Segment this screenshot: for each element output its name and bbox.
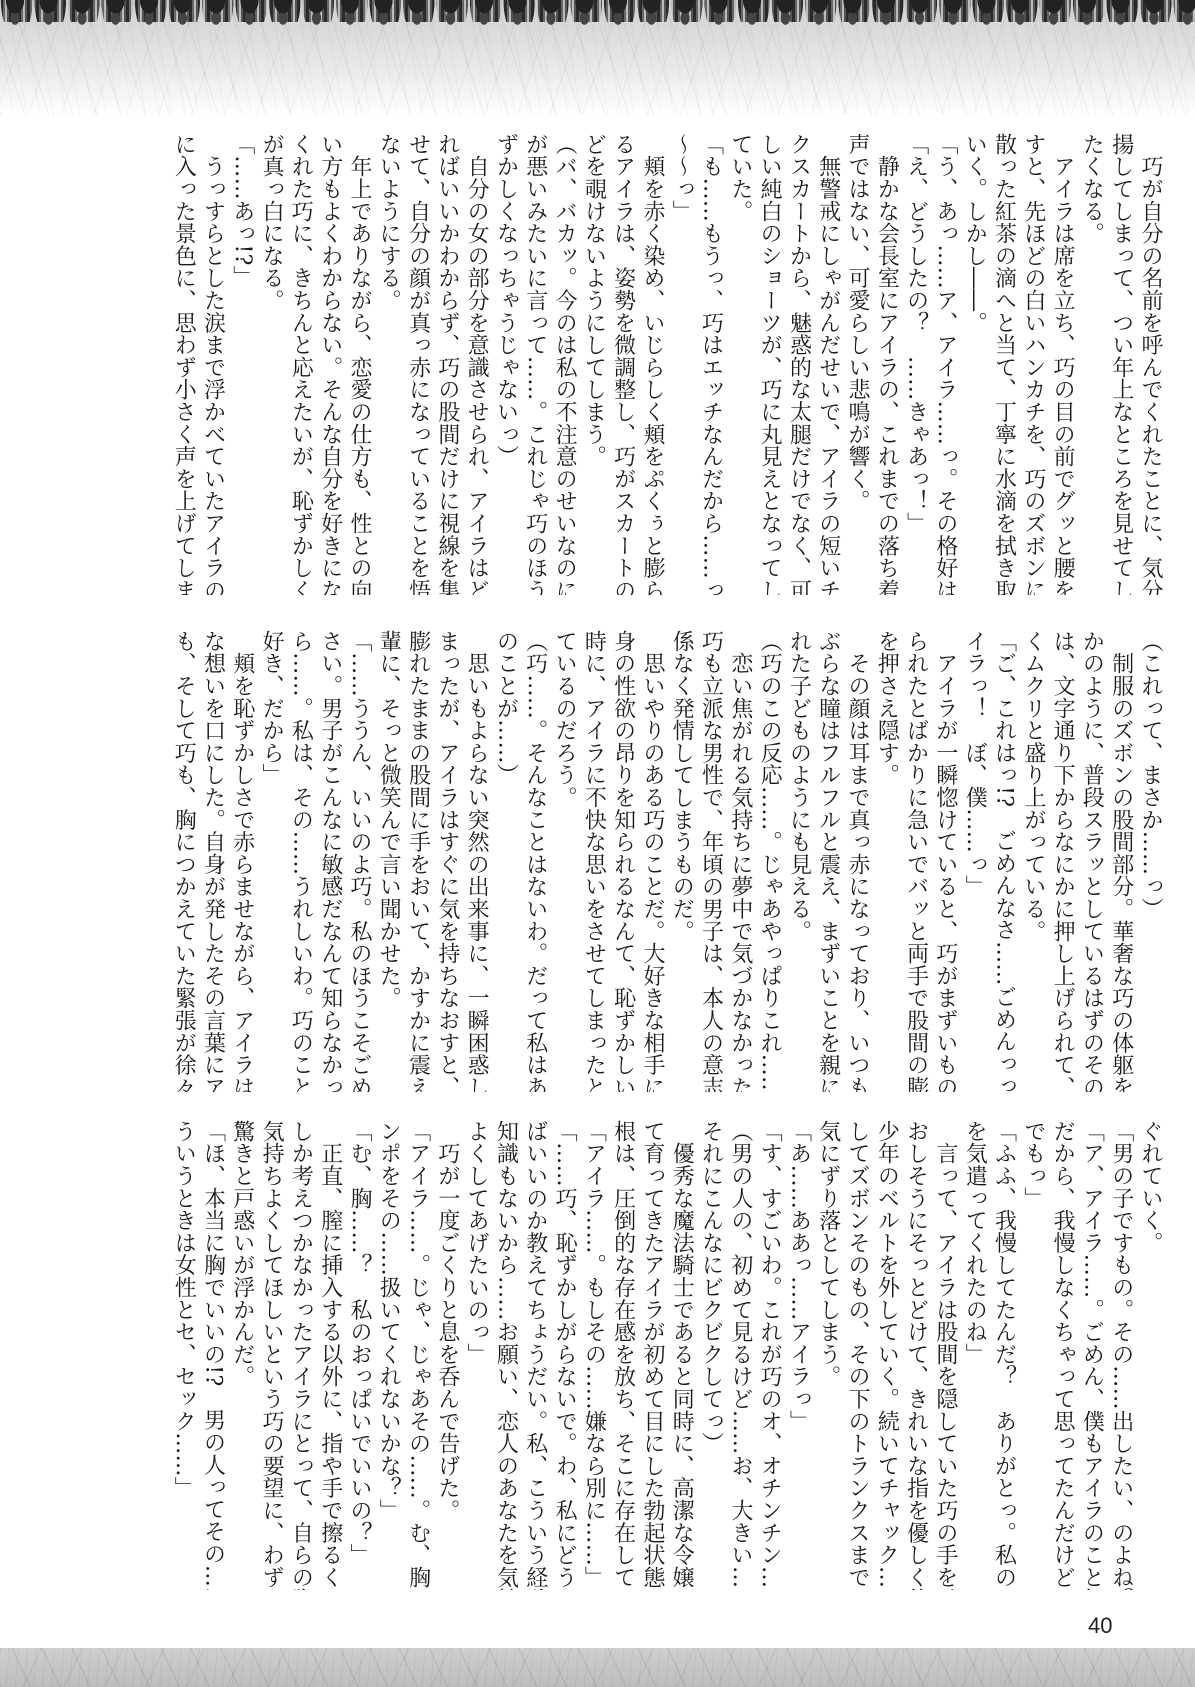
text-line: だから、我慢しなくちゃって思ってたんだけど…… bbox=[1048, 1120, 1077, 1590]
text-line: ていた。 bbox=[726, 133, 755, 595]
text-line: 無警戒にしゃがんだせいで、アイラの短いチェッ bbox=[813, 133, 842, 595]
text-line: 「ア、アイラ……。ごめん、僕もアイラのこと好き bbox=[1077, 1120, 1106, 1590]
text-line: アイラは席を立ち、巧の目の前でグッと腰を下ろ bbox=[1048, 133, 1077, 595]
text-line: のことが……） bbox=[491, 630, 520, 1092]
text-line: て育ってきたアイラが初めて目にした勃起状態の男 bbox=[638, 1120, 667, 1590]
text-line: くれた巧に、きちんと応えたいが、恥ずかしくて頭 bbox=[286, 133, 315, 595]
text-line: 恋い焦がれる気持ちに夢中で気づかなかったが、 bbox=[726, 630, 755, 1092]
text-line: 「え、どうしたの？ ……きゃあっ！」 bbox=[901, 133, 930, 595]
text-line: が悪いみたいに言って……。これじゃ巧のほうが恥 bbox=[520, 133, 549, 595]
text-line: 係なく発情してしまうものだ。 bbox=[667, 630, 696, 1092]
text-line: （男の人の、初めて見るけど……お、大きい……。 bbox=[726, 1120, 755, 1590]
text-line: が真っ白になる。 bbox=[257, 133, 286, 595]
text-line: 「アイラ……。じゃ、じゃあその……。む、胸でチ bbox=[403, 1120, 432, 1590]
text-line: まったが、アイラはすぐに気を持ちなおすと、未だ bbox=[433, 630, 462, 1092]
text-line: 思いもよらない突然の出来事に、一瞬困惑してし bbox=[462, 630, 491, 1092]
text-line: どを覗けないようにしてしまう。 bbox=[579, 133, 608, 595]
text-line: 気持ちよくしてほしいという巧の要望に、わずかな bbox=[257, 1120, 286, 1590]
text-line: ばいいのか教えてちょうだい。私、こういう経験も bbox=[520, 1120, 549, 1590]
text-line: も、そして巧も、胸につかえていた緊張が徐々にほ bbox=[169, 630, 198, 1092]
text-line: 「ご、これはっ!? ごめんなさ……ごめんっっ、ア bbox=[989, 630, 1018, 1092]
text-line: 「……巧、恥ずかしがらないで。わ、私にどうすれ bbox=[550, 1120, 579, 1590]
text-line: くムクリと盛り上がっている。 bbox=[1019, 630, 1048, 1092]
text-line: 時に、アイラに不快な思いをさせてしまったと感じ bbox=[579, 630, 608, 1092]
text-line: すと、先ほどの白いハンカチを、巧のズボンに飛び bbox=[1019, 133, 1048, 595]
text-line: 好き、だから」 bbox=[257, 630, 286, 1092]
text-line: しか考えつかなかったアイラにとって、自らの胸で bbox=[286, 1120, 315, 1590]
text-line: 「……ううん、いいのよ巧。私のほうこそごめんな bbox=[345, 630, 374, 1092]
text-line: してズボンそのもの、その下のトランクスまでも一 bbox=[843, 1120, 872, 1590]
text-line: 知識もないから……お願い、恋人のあなたを気持ち bbox=[491, 1120, 520, 1590]
text-line: よくしてあげたいのっ」 bbox=[462, 1120, 491, 1590]
text-line: 気にずり落としてしまう。 bbox=[813, 1120, 842, 1590]
text-line: ているのだろう。 bbox=[550, 630, 579, 1092]
text-line: 静かな会長室にアイラの、これまでの落ち着いた bbox=[872, 133, 901, 595]
text-line: 巧が自分の名前を呼んでくれたことに、気分が高 bbox=[1136, 133, 1165, 595]
text-line: 「す、すごいわ。これが巧のオ、オチンチン……」 bbox=[755, 1120, 784, 1590]
text-block-1: 巧が自分の名前を呼んでくれたことに、気分が高揚してしまって、つい年上なところを見… bbox=[145, 133, 1165, 595]
text-line: でもっ」 bbox=[1019, 1120, 1048, 1590]
text-line: れた子どものようにも見える。 bbox=[784, 630, 813, 1092]
text-line: （バ、バカッ。今のは私の不注意のせいなのに、巧 bbox=[550, 133, 579, 595]
text-line: かのように、普段スラッとしているはずのその部分 bbox=[1077, 630, 1106, 1092]
text-line: （巧のこの反応……。じゃあやっぱりこれ……） bbox=[755, 630, 784, 1092]
text-line: ないようにする。 bbox=[374, 133, 403, 595]
text-line: 年上でありながら、恋愛の仕方も、性との向き合 bbox=[345, 133, 374, 595]
text-line: （巧……。そんなことはないわ。だって私はあなた bbox=[520, 630, 549, 1092]
text-line: 頬を赤く染め、いじらしく頬をぷくぅと膨らませ bbox=[638, 133, 667, 595]
text-line: 「ほ、本当に胸でいいの!? 男の人ってその……こ bbox=[198, 1120, 227, 1590]
text-line: 正直、膣に挿入する以外に、指や手で擦るくらい bbox=[315, 1120, 344, 1590]
text-line: ればいいかわからず、巧の股間だけに視線を集中さ bbox=[433, 133, 462, 595]
text-line: 「……あっ!?」 bbox=[228, 133, 257, 595]
text-line: 輩に、そっと微笑んで言い聞かせた。 bbox=[374, 630, 403, 1092]
text-line: 自分の女の部分を意識させられ、アイラはどうす bbox=[462, 133, 491, 595]
text-line: しい純白のショーツが、巧に丸見えとなってしまっ bbox=[755, 133, 784, 595]
text-line: を気遣ってくれたのね」 bbox=[960, 1120, 989, 1590]
text-line: うっすらとした涙まで浮かべていたアイラの視界 bbox=[198, 133, 227, 595]
text-line: るアイラは、姿勢を微調整し、巧がスカートの中な bbox=[608, 133, 637, 595]
page-number: 40 bbox=[1088, 1613, 1112, 1639]
text-line: アイラが一瞬惚けていると、巧がまずいものを見 bbox=[931, 630, 960, 1092]
text-line: 声ではない、可愛らしい悲鳴が響く。 bbox=[843, 133, 872, 595]
text-line: （これって、まさか……っ） bbox=[1136, 630, 1165, 1092]
text-line: 揚してしまって、つい年上なところを見せてしまい bbox=[1106, 133, 1135, 595]
text-line: イラっ！ ぼ、僕……っ」 bbox=[960, 630, 989, 1092]
text-line: 「あ……ああっ……アイラっ」 bbox=[784, 1120, 813, 1590]
text-line: 散った紅茶の滴へと当て、丁寧に水滴を拭き取って bbox=[989, 133, 1018, 595]
text-line: それにこんなにビクビクしてっ） bbox=[696, 1120, 725, 1590]
text-line: 「アイラ……。もしその……嫌なら別に……」 bbox=[579, 1120, 608, 1590]
text-line: 思いやりのある巧のことだ。大好きな相手に、自 bbox=[638, 630, 667, 1092]
text-line: 「ふふ、我慢してたんだ？ ありがとっ。私のこと bbox=[989, 1120, 1018, 1590]
text-line: 巧も立派な男性で、年頃の男子は、本人の意志に関 bbox=[696, 630, 725, 1092]
text-line: られたとばかりに急いでバッと両手で股間の膨らみ bbox=[901, 630, 930, 1092]
text-line: 「も……もうっ、巧はエッチなんだから……っ。～ bbox=[696, 133, 725, 595]
text-line: 「う、あっ……ア、アイラ……っ。その格好は……」 bbox=[931, 133, 960, 595]
text-line: さい。男子がこんなに敏感だなんて知らなかったか bbox=[315, 630, 344, 1092]
text-line: 言って、アイラは股間を隠していた巧の手を、愛 bbox=[931, 1120, 960, 1590]
text-line: い方もよくわからない。そんな自分を好きになって bbox=[315, 133, 344, 595]
text-line: せて、自分の顔が真っ赤になっていることを悟られ bbox=[403, 133, 432, 595]
text-line: ら……。私は、その……うれしいわ。巧のこと…… bbox=[286, 630, 315, 1092]
text-line: たくなる。 bbox=[1077, 133, 1106, 595]
text-line: ぐれていく。 bbox=[1136, 1120, 1165, 1590]
text-line: な想いを口にした。自身が発したその言葉にアイラ bbox=[198, 630, 227, 1092]
text-line: その顔は耳まで真っ赤になっており、いつもはつ bbox=[843, 630, 872, 1092]
text-line: いく。しかし――。 bbox=[960, 133, 989, 595]
text-line: 膨れたままの股間に手をおいて、かすかに震える後 bbox=[403, 630, 432, 1092]
text-line: 巧が一度ごくりと息を呑んで告げた。 bbox=[433, 1120, 462, 1590]
text-line: 根は、圧倒的な存在感を放ち、そこに存在していた。 bbox=[608, 1120, 637, 1590]
text-block-3: ぐれていく。「男の子ですもの。その……出したい、のよね？」「ア、アイラ……。ごめ… bbox=[145, 1120, 1165, 1590]
text-line: ンポをその……扱いてくれないかな？」 bbox=[374, 1120, 403, 1590]
text-line: ずかしくなっちゃうじゃないっ） bbox=[491, 133, 520, 595]
text-line: 「む、胸……？ 私のおっぱいでいいの？」 bbox=[345, 1120, 374, 1590]
text-line: ういうときは女性とセ、セック……」 bbox=[169, 1120, 198, 1590]
text-line: 優秀な魔法騎士であると同時に、高潔な令嬢とし bbox=[667, 1120, 696, 1590]
lace-border bbox=[0, 0, 1195, 40]
text-line: は、文字通り下からなにかに押し上げられて、大き bbox=[1048, 630, 1077, 1092]
text-line: ぶらな瞳はフルフルと震え、まずいことを親に見ら bbox=[813, 630, 842, 1092]
text-line: に入った景色に、思わず小さく声を上げてしまう。 bbox=[169, 133, 198, 595]
footer-texture bbox=[0, 1648, 1195, 1687]
text-line: クスカートから、魅惑的な太腿だけでなく、可愛ら bbox=[784, 133, 813, 595]
text-line: 制服のズボンの股間部分。華奢な巧の体躯を現す bbox=[1106, 630, 1135, 1092]
text-line: 少年のベルトを外していく。続いてチャック……そ bbox=[872, 1120, 901, 1590]
text-line: おしそうにそっとどけて、きれいな指を優しく使い、 bbox=[901, 1120, 930, 1590]
text-line: 頬を恥ずかしさで赤らませながら、アイラは素直 bbox=[228, 630, 257, 1092]
text-line: 身の性欲の昂りを知られるなんて、恥ずかしいと同 bbox=[608, 630, 637, 1092]
text-line: 「男の子ですもの。その……出したい、のよね？」 bbox=[1106, 1120, 1135, 1590]
text-line: ～～っ」 bbox=[667, 133, 696, 595]
text-block-2: （これって、まさか……っ） 制服のズボンの股間部分。華奢な巧の体躯を現すかのよう… bbox=[145, 630, 1165, 1092]
text-line: を押さえ隠す。 bbox=[872, 630, 901, 1092]
text-line: 驚きと戸惑いが浮かんだ。 bbox=[228, 1120, 257, 1590]
